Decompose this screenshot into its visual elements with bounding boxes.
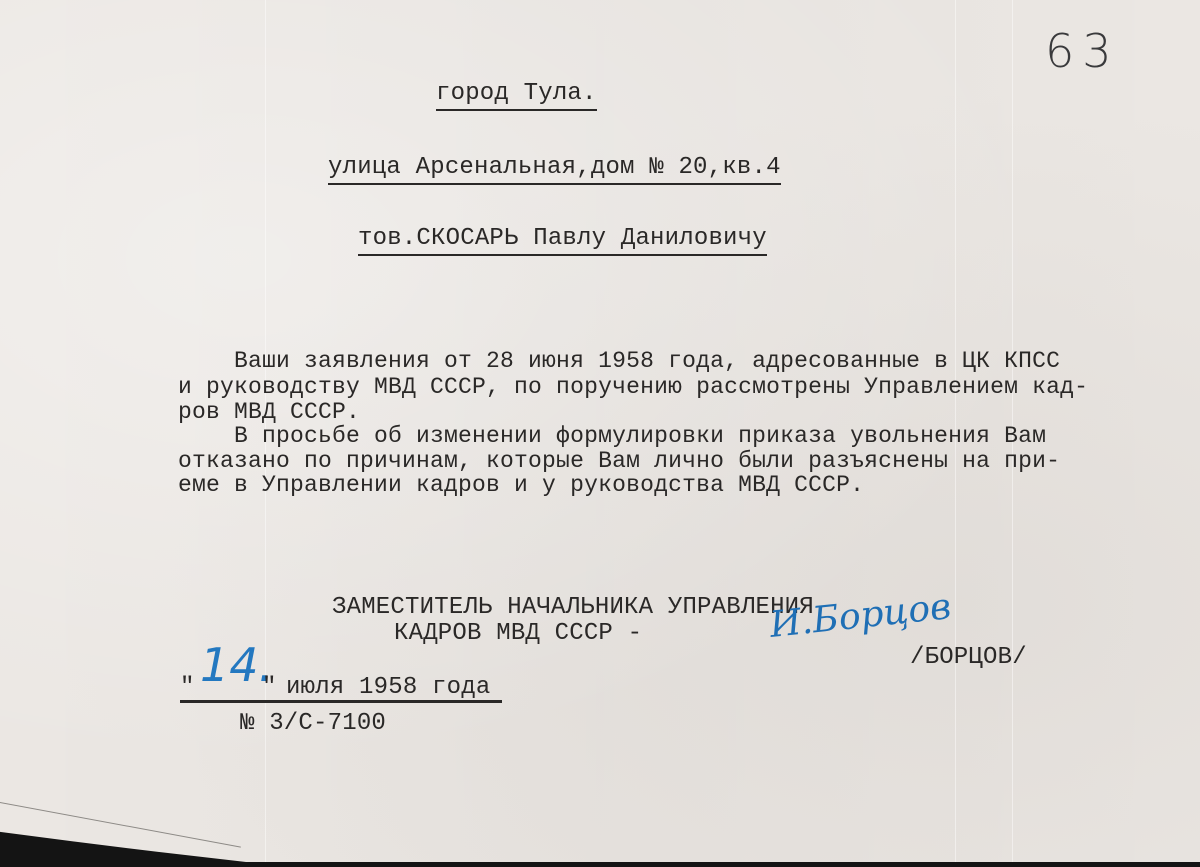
date-month-year: июля 1958 года [286, 676, 490, 700]
body-line: и руководству МВД СССР, по поручению рас… [178, 376, 1088, 399]
body-line: Ваши заявления от 28 июня 1958 года, адр… [178, 350, 1060, 373]
page-number: 63 [1045, 28, 1120, 74]
signer-title-line2: КАДРОВ МВД СССР - [394, 622, 642, 646]
address-street: улица Арсенальная,дом № 20,кв.4 [328, 156, 781, 185]
recipient-name: тов.СКОСАРЬ Павлу Даниловичу [358, 227, 767, 256]
folded-corner-edge [0, 802, 241, 848]
body-line: отказано по причинам, которые Вам лично … [178, 450, 1060, 473]
address-city: город Тула. [436, 82, 597, 111]
date-underline [180, 700, 502, 703]
date-close-quote: " [262, 676, 277, 700]
reference-number: № 3/С-7100 [240, 712, 386, 736]
body-line: ров МВД СССР. [178, 401, 360, 424]
signer-name: /БОРЦОВ/ [910, 646, 1027, 670]
body-line: еме в Управлении кадров и у руководства … [178, 474, 864, 497]
body-line: В просьбе об изменении формулировки прик… [178, 425, 1046, 448]
letter-sheet: 63 город Тула. улица Арсенальная,дом № 2… [0, 0, 1200, 862]
date-open-quote: " [180, 676, 195, 700]
signer-title-line1: ЗАМЕСТИТЕЛЬ НАЧАЛЬНИКА УПРАВЛЕНИЯ [332, 596, 814, 620]
